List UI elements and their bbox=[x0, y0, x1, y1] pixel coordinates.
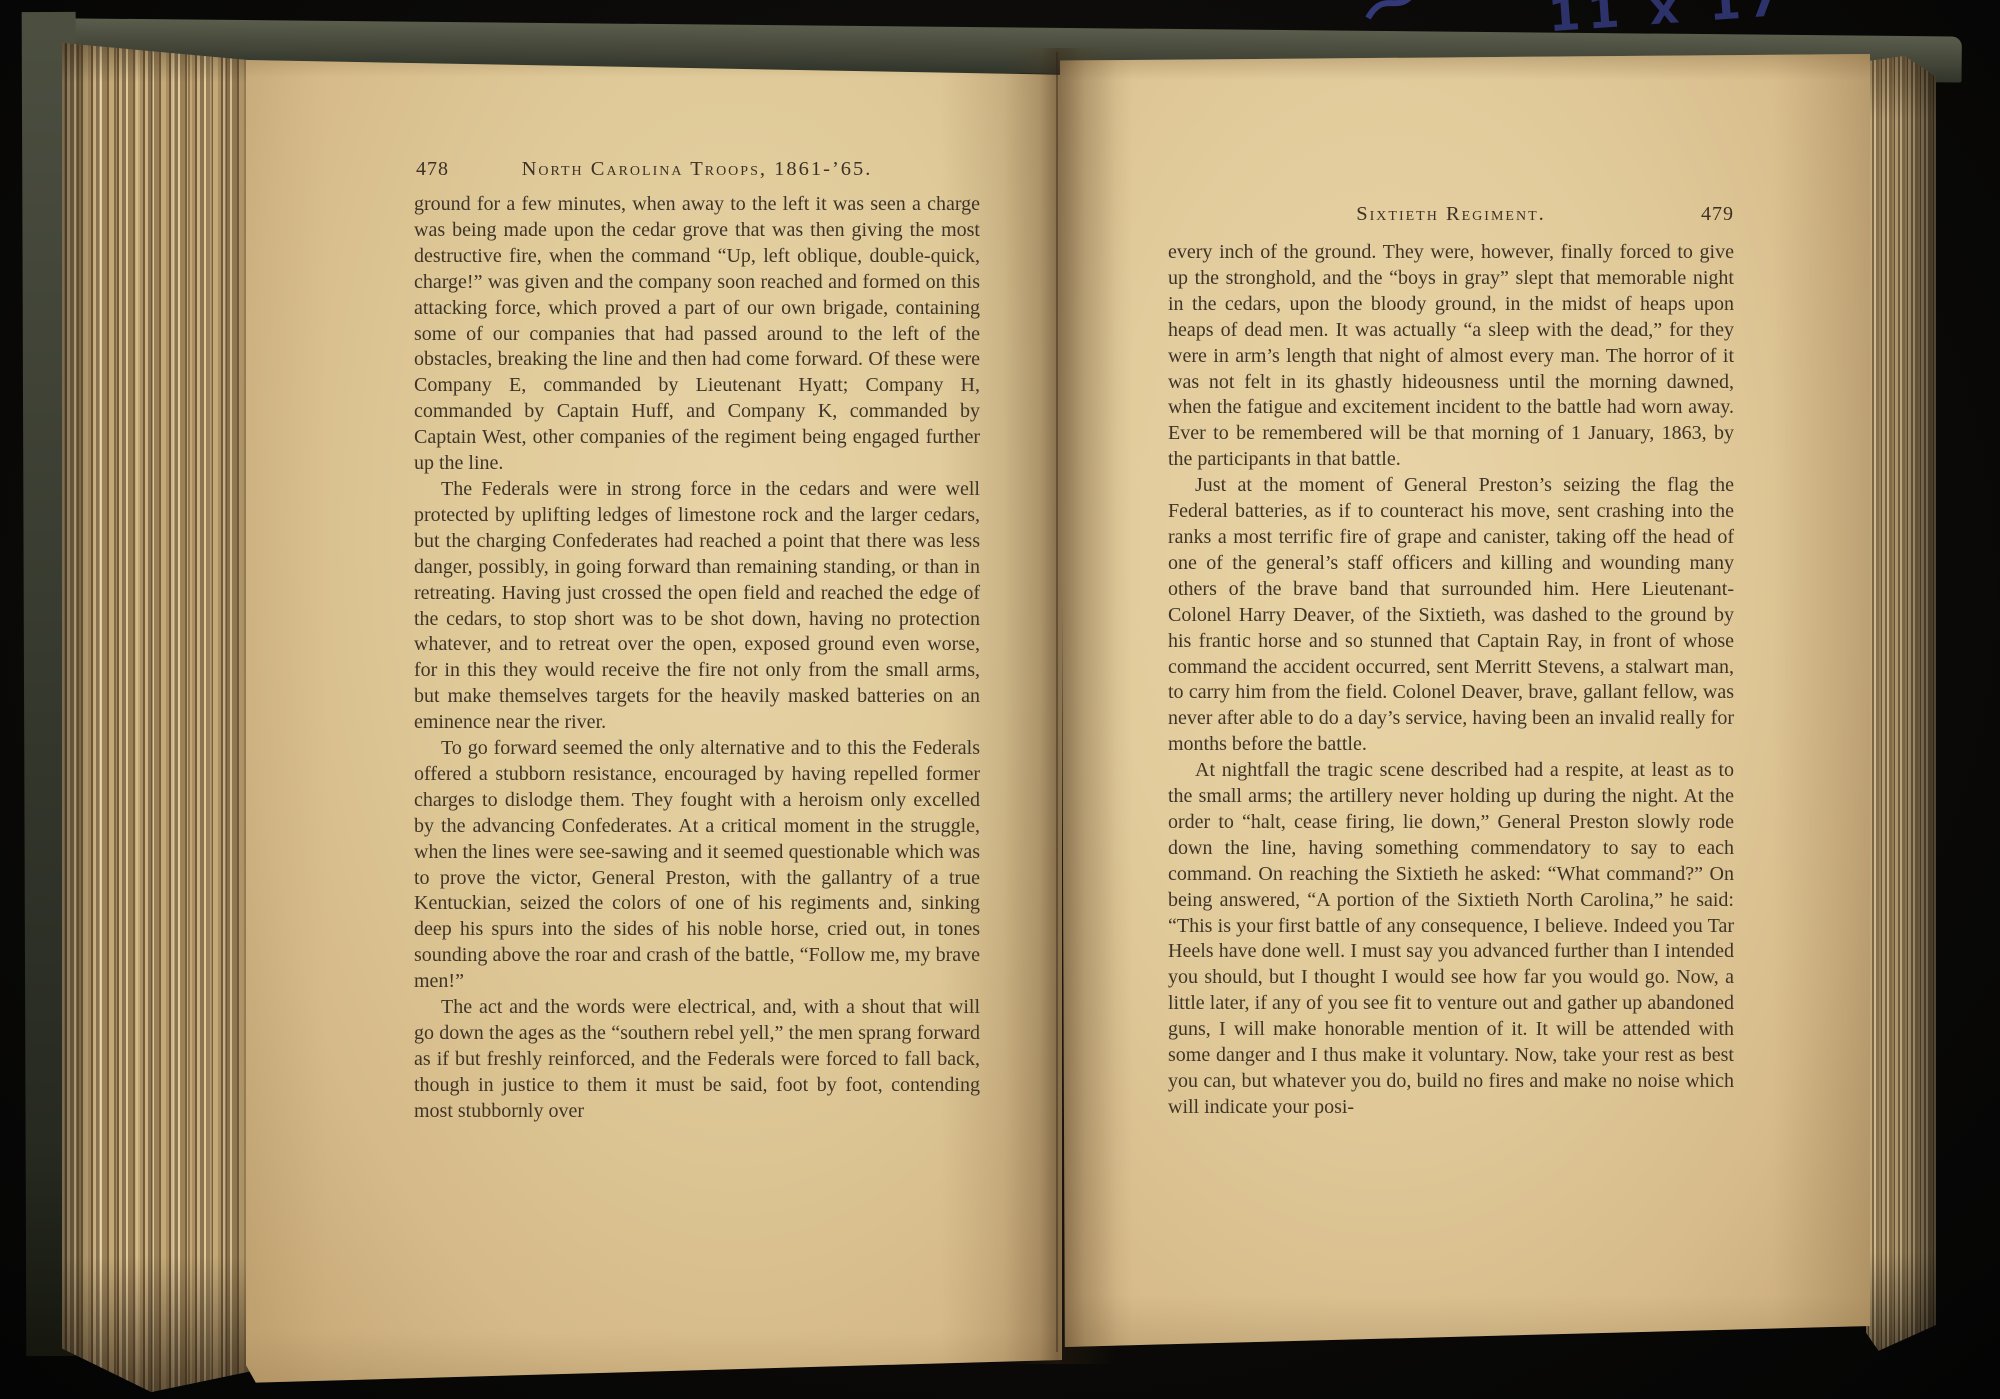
right-page-number: 479 bbox=[1701, 203, 1734, 226]
paragraph: To go forward seemed the only alternativ… bbox=[414, 736, 980, 995]
left-running-header: North Carolina Troops, 1861-’65. bbox=[414, 158, 980, 181]
book-gutter-shadow bbox=[1004, 48, 1116, 1364]
right-page-header: Sixtieth Regiment. 479 bbox=[1168, 203, 1734, 229]
paragraph: ground for a few minutes, when away to t… bbox=[414, 192, 980, 477]
book-photo: 11 x 17 478 North Carolina Troops, 1861-… bbox=[0, 0, 2000, 1399]
paragraph: The act and the words were electrical, a… bbox=[414, 995, 980, 1125]
right-page-stack-edge bbox=[1866, 56, 1936, 1356]
right-running-header: Sixtieth Regiment. bbox=[1168, 203, 1734, 226]
paragraph: every inch of the ground. They were, how… bbox=[1168, 240, 1734, 473]
right-page-body: every inch of the ground. They were, how… bbox=[1168, 240, 1734, 1121]
book-gutter-fold bbox=[1056, 52, 1058, 1352]
left-page-body: ground for a few minutes, when away to t… bbox=[414, 192, 980, 1125]
handwritten-scribble-icon bbox=[1362, 0, 1482, 24]
left-page-stack-edge bbox=[62, 28, 256, 1392]
paragraph: At nightfall the tragic scene described … bbox=[1168, 758, 1734, 1121]
left-page-number: 478 bbox=[416, 158, 449, 181]
left-page-header: 478 North Carolina Troops, 1861-’65. bbox=[414, 158, 980, 184]
paragraph: The Federals were in strong force in the… bbox=[414, 477, 980, 736]
paragraph: Just at the moment of General Preston’s … bbox=[1168, 473, 1734, 758]
